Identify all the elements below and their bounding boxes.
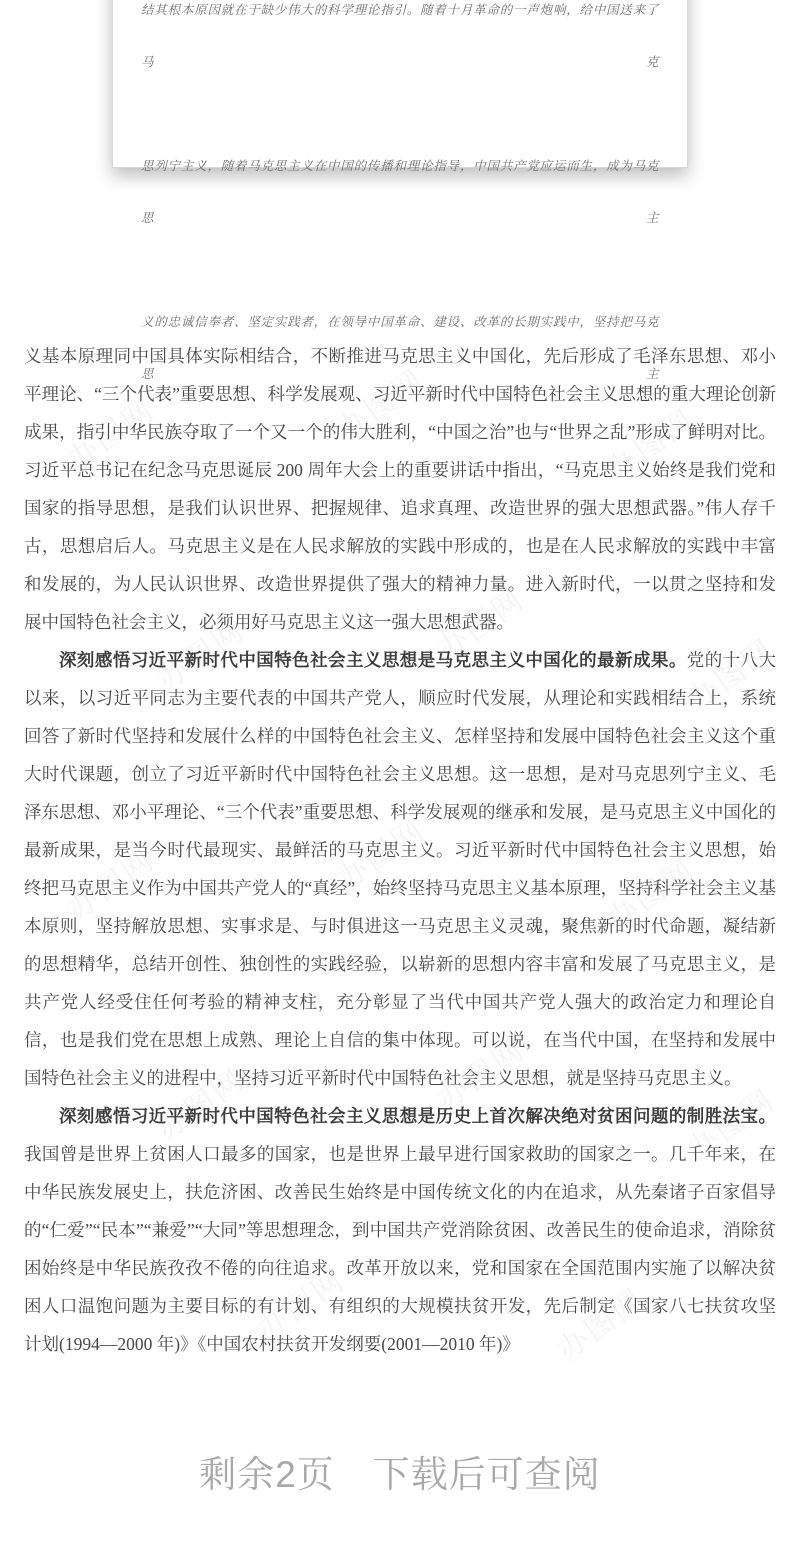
preview-page-previous: 结其根本原因就在于缺少伟大的科学理论指引。随着十月革命的一声炮响，给中国送来了马… <box>112 0 688 168</box>
document-page-body: 义基本原理同中国具体实际相结合，不断推进马克思主义中国化，先后形成了毛泽东思想、… <box>24 337 776 1363</box>
remaining-pages-hint: 剩余2页下载后可查阅 <box>0 1444 800 1498</box>
preview-page-text: 结其根本原因就在于缺少伟大的科学理论指引。随着十月革命的一声炮响，给中国送来了马… <box>141 0 659 452</box>
paragraph-3: 深刻感悟习近平新时代中国特色社会主义思想是历史上首次解决绝对贫困问题的制胜法宝。… <box>24 1097 776 1363</box>
paragraph-3-lead: 深刻感悟习近平新时代中国特色社会主义思想是历史上首次解决绝对贫困问题的制胜法宝。 <box>59 1106 776 1126</box>
remaining-pages-count: 剩余2页 <box>199 1454 335 1495</box>
paragraph-2: 深刻感悟习近平新时代中国特色社会主义思想是马克思主义中国化的最新成果。党的十八大… <box>24 641 776 1097</box>
preview-page-line: 结其根本原因就在于缺少伟大的科学理论指引。随着十月革命的一声炮响，给中国送来了马… <box>141 0 659 140</box>
paragraph-2-text: 党的十八大以来，以习近平同志为主要代表的中国共产党人，顺应时代发展，从理论和实践… <box>24 650 776 1088</box>
preview-page-line: 思列宁主义，随着马克思主义在中国的传播和理论指导，中国共产党应运而生，成为马克思… <box>141 140 659 296</box>
download-to-view-hint: 下载后可查阅 <box>373 1454 601 1495</box>
preview-page-line: 义的忠诚信奉者、坚定实践者，在领导中国革命、建设、改革的长期实践中，坚持把马克思… <box>141 296 659 452</box>
paragraph-2-lead: 深刻感悟习近平新时代中国特色社会主义思想是马克思主义中国化的最新成果。 <box>59 650 687 670</box>
paragraph-3-text: 我国曾是世界上贫困人口最多的国家，也是世界上最早进行国家救助的国家之一。几千年来… <box>24 1144 776 1354</box>
